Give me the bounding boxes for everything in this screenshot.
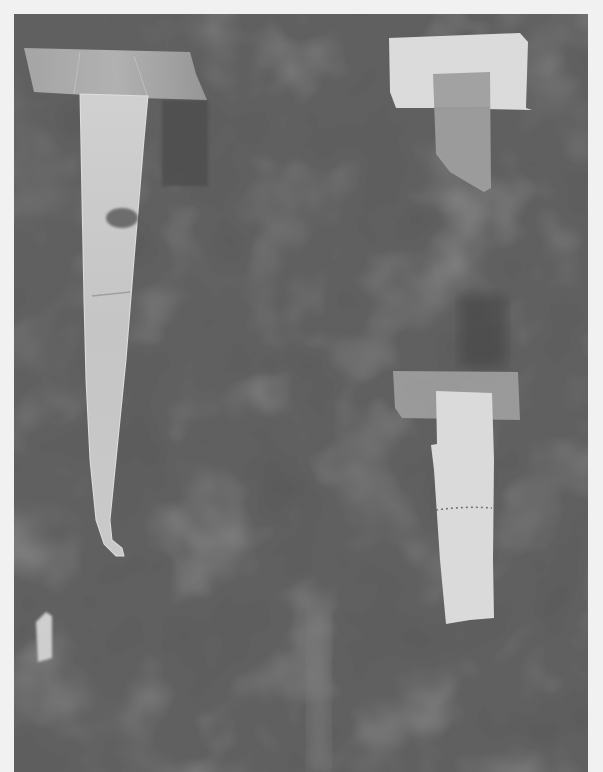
scanned-artwork [0,0,603,772]
